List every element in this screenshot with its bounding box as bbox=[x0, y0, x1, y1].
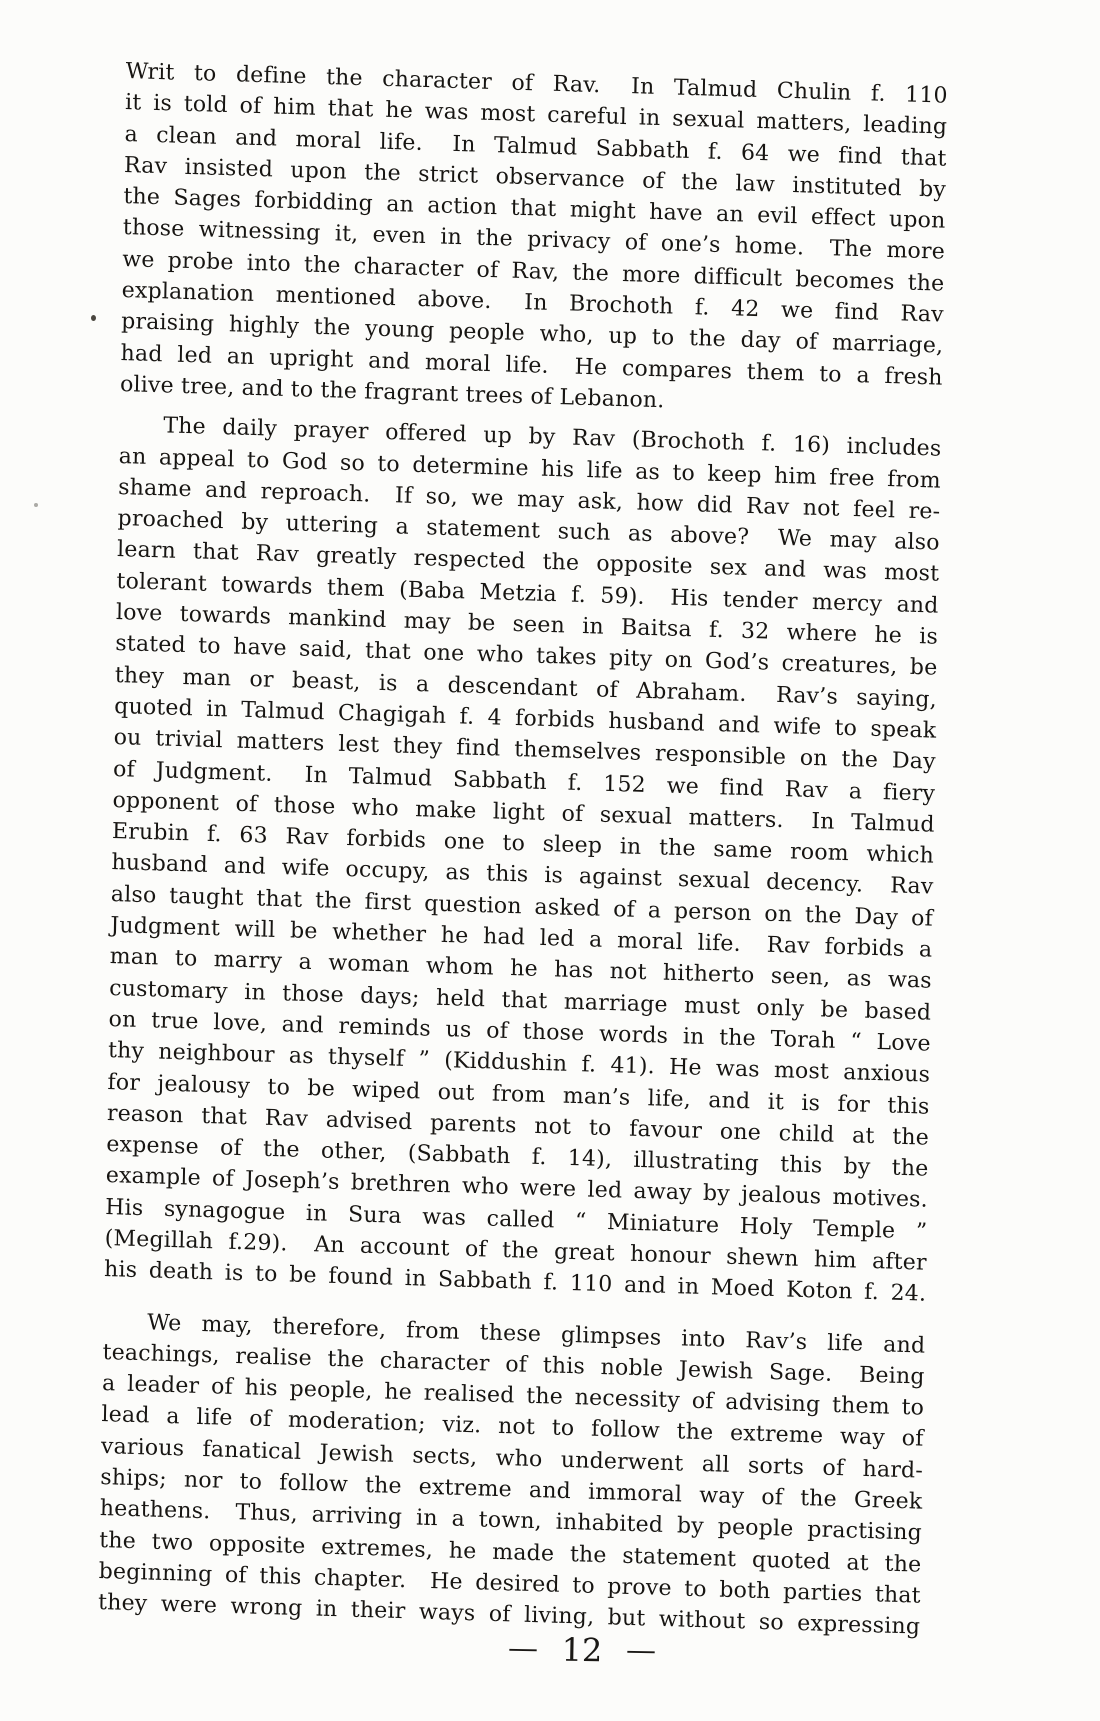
page-number: — 12 — bbox=[508, 1631, 657, 1670]
page-text: Writ to define the character of Rav. In … bbox=[98, 56, 948, 1643]
scan-speck bbox=[91, 315, 96, 321]
book-page: Writ to define the character of Rav. In … bbox=[0, 0, 1100, 1721]
page-number-value: 12 bbox=[561, 1632, 602, 1669]
paragraph: The daily prayer offered up by Rav (Broc… bbox=[104, 409, 942, 1310]
scan-speck bbox=[34, 503, 38, 507]
paragraph: Writ to define the character of Rav. In … bbox=[120, 56, 948, 425]
page-number-dash-right: — bbox=[626, 1633, 657, 1670]
page-number-dash-left: — bbox=[508, 1631, 539, 1668]
paragraph: We may, therefore, from these glimpses i… bbox=[98, 1306, 926, 1644]
